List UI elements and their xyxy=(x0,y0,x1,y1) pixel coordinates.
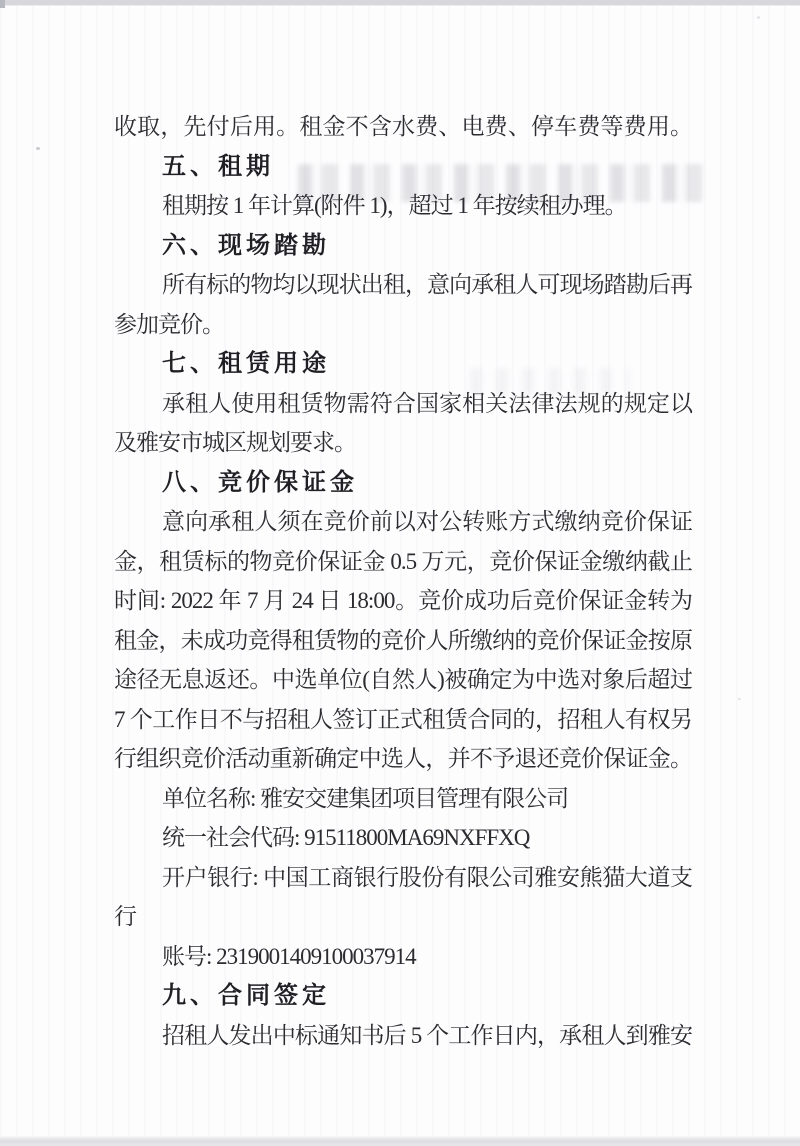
text-line: 租期按 1 年计算(附件 1)，超过 1 年按续租办理。 xyxy=(114,186,692,226)
text-line: 参加竞价。 xyxy=(114,305,692,345)
text-line: 招租人发出中标通知书后 5 个工作日内，承租人到雅安 xyxy=(114,1016,692,1056)
section-heading: 五、租期 xyxy=(114,147,692,187)
viewer-top-bar xyxy=(0,0,800,6)
scan-speck xyxy=(757,16,760,19)
viewer-bottom-bar xyxy=(0,1136,800,1146)
document-content: 收取，先付后用。租金不含水费、电费、停车费等费用。五、租期租期按 1 年计算(附… xyxy=(114,107,692,1055)
text-line: 行 xyxy=(114,897,692,937)
text-line: 开户银行: 中国工商银行股份有限公司雅安熊猫大道支 xyxy=(114,858,692,898)
text-line: 所有标的物均以现状出租，意向承租人可现场踏勘后再 xyxy=(114,265,692,305)
text-line: 收取，先付后用。租金不含水费、电费、停车费等费用。 xyxy=(114,107,692,147)
section-heading: 九、合同签定 xyxy=(114,976,692,1016)
text-line: 租金，未成功竞得租赁物的竞价人所缴纳的竞价保证金按原 xyxy=(114,621,692,661)
scan-speck xyxy=(36,147,40,150)
text-line: 承租人使用租赁物需符合国家相关法律法规的规定以 xyxy=(114,384,692,424)
text-line: 及雅安市城区规划要求。 xyxy=(114,423,692,463)
text-line: 账号: 2319001409100037914 xyxy=(114,937,692,977)
text-line: 7 个工作日不与招租人签订正式租赁合同的，招租人有权另 xyxy=(114,700,692,740)
document-page: 收取，先付后用。租金不含水费、电费、停车费等费用。五、租期租期按 1 年计算(附… xyxy=(0,0,800,1146)
section-heading: 六、现场踏勘 xyxy=(114,226,692,266)
text-line: 统一社会代码: 91511800MA69NXFFXQ xyxy=(114,818,692,858)
text-line: 行组织竞价活动重新确定中选人，并不予退还竞价保证金。 xyxy=(114,739,692,779)
text-line: 单位名称: 雅安交建集团项目管理有限公司 xyxy=(114,779,692,819)
text-line: 金，租赁标的物竞价保证金 0.5 万元，竞价保证金缴纳截止 xyxy=(114,542,692,582)
text-line: 时间: 2022 年 7 月 24 日 18:00。竞价成功后竞价保证金转为 xyxy=(114,581,692,621)
section-heading: 八、竞价保证金 xyxy=(114,463,692,503)
viewer-top-bar-corner xyxy=(0,0,5,8)
text-line: 途径无息返还。中选单位(自然人)被确定为中选对象后超过 xyxy=(114,660,692,700)
scan-speck xyxy=(738,698,741,700)
section-heading: 七、租赁用途 xyxy=(114,344,692,384)
text-line: 意向承租人须在竞价前以对公转账方式缴纳竞价保证 xyxy=(114,502,692,542)
